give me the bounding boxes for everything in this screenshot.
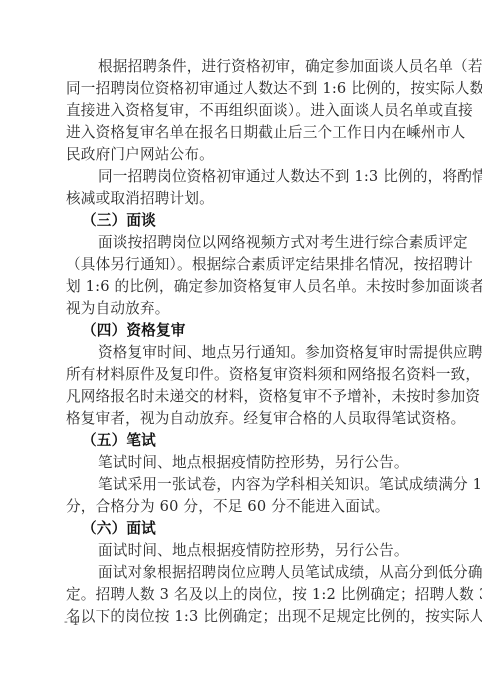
text-line: 民政府门户网站公布。 <box>66 144 420 166</box>
text-line: 凡网络报名时未递交的材料，资格复审不予增补，未按时参加资 <box>66 386 420 408</box>
text-line: 面试对象根据招聘岗位应聘人员笔试成绩，从高分到低分确 <box>66 562 420 584</box>
text-line: 核减或取消招聘计划。 <box>66 188 420 210</box>
text-line: 同一招聘岗位资格初审通过人数达不到 1:6 比例的，按实际人数 <box>66 78 420 100</box>
text-line: 笔试采用一张试卷，内容为学科相关知识。笔试成绩满分 100 <box>66 474 420 496</box>
text-line: 面谈按招聘岗位以网络视频方式对考生进行综合素质评定 <box>66 232 420 254</box>
section-heading-interview: （六）面试 <box>66 518 420 540</box>
text-line: （具体另行通知）。根据综合素质评定结果排名情况，按招聘计 <box>66 254 420 276</box>
text-line: 面试时间、地点根据疫情防控形势，另行公告。 <box>66 540 420 562</box>
document-page: 根据招聘条件，进行资格初审，确定参加面谈人员名单（若 同一招聘岗位资格初审通过人… <box>66 56 420 628</box>
section-heading-written-exam: （五）笔试 <box>66 430 420 452</box>
text-line: 分，合格分为 60 分，不足 60 分不能进入面试。 <box>66 496 420 518</box>
text-line: 所有材料原件及复印件。资格复审资料须和网络报名资料一致， <box>66 364 420 386</box>
text-line: 资格复审时间、地点另行通知。参加资格复审时需提供应聘 <box>66 342 420 364</box>
text-line: 视为自动放弃。 <box>66 298 420 320</box>
text-line: 直接进入资格复审，不再组织面谈）。进入面谈人员名单或直接 <box>66 100 420 122</box>
text-line: 格复审者，视为自动放弃。经复审合格的人员取得笔试资格。 <box>66 408 420 430</box>
page-number: - 4 - <box>64 615 85 628</box>
section-heading-interview-talk: （三）面谈 <box>66 210 420 232</box>
section-heading-qualification-review: （四）资格复审 <box>66 320 420 342</box>
text-line: 同一招聘岗位资格初审通过人数达不到 1:3 比例的，将酌情 <box>66 166 420 188</box>
text-line: 笔试时间、地点根据疫情防控形势，另行公告。 <box>66 452 420 474</box>
text-line: 名以下的岗位按 1:3 比例确定；出现不足规定比例的，按实际人 <box>66 606 420 628</box>
text-line: 划 1:6 的比例，确定参加资格复审人员名单。未按时参加面谈者， <box>66 276 420 298</box>
text-line: 根据招聘条件，进行资格初审，确定参加面谈人员名单（若 <box>66 56 420 78</box>
text-line: 定。招聘人数 3 名及以上的岗位，按 1:2 比例确定；招聘人数 3 <box>66 584 420 606</box>
text-line: 进入资格复审名单在报名日期截止后三个工作日内在嵊州市人 <box>66 122 420 144</box>
